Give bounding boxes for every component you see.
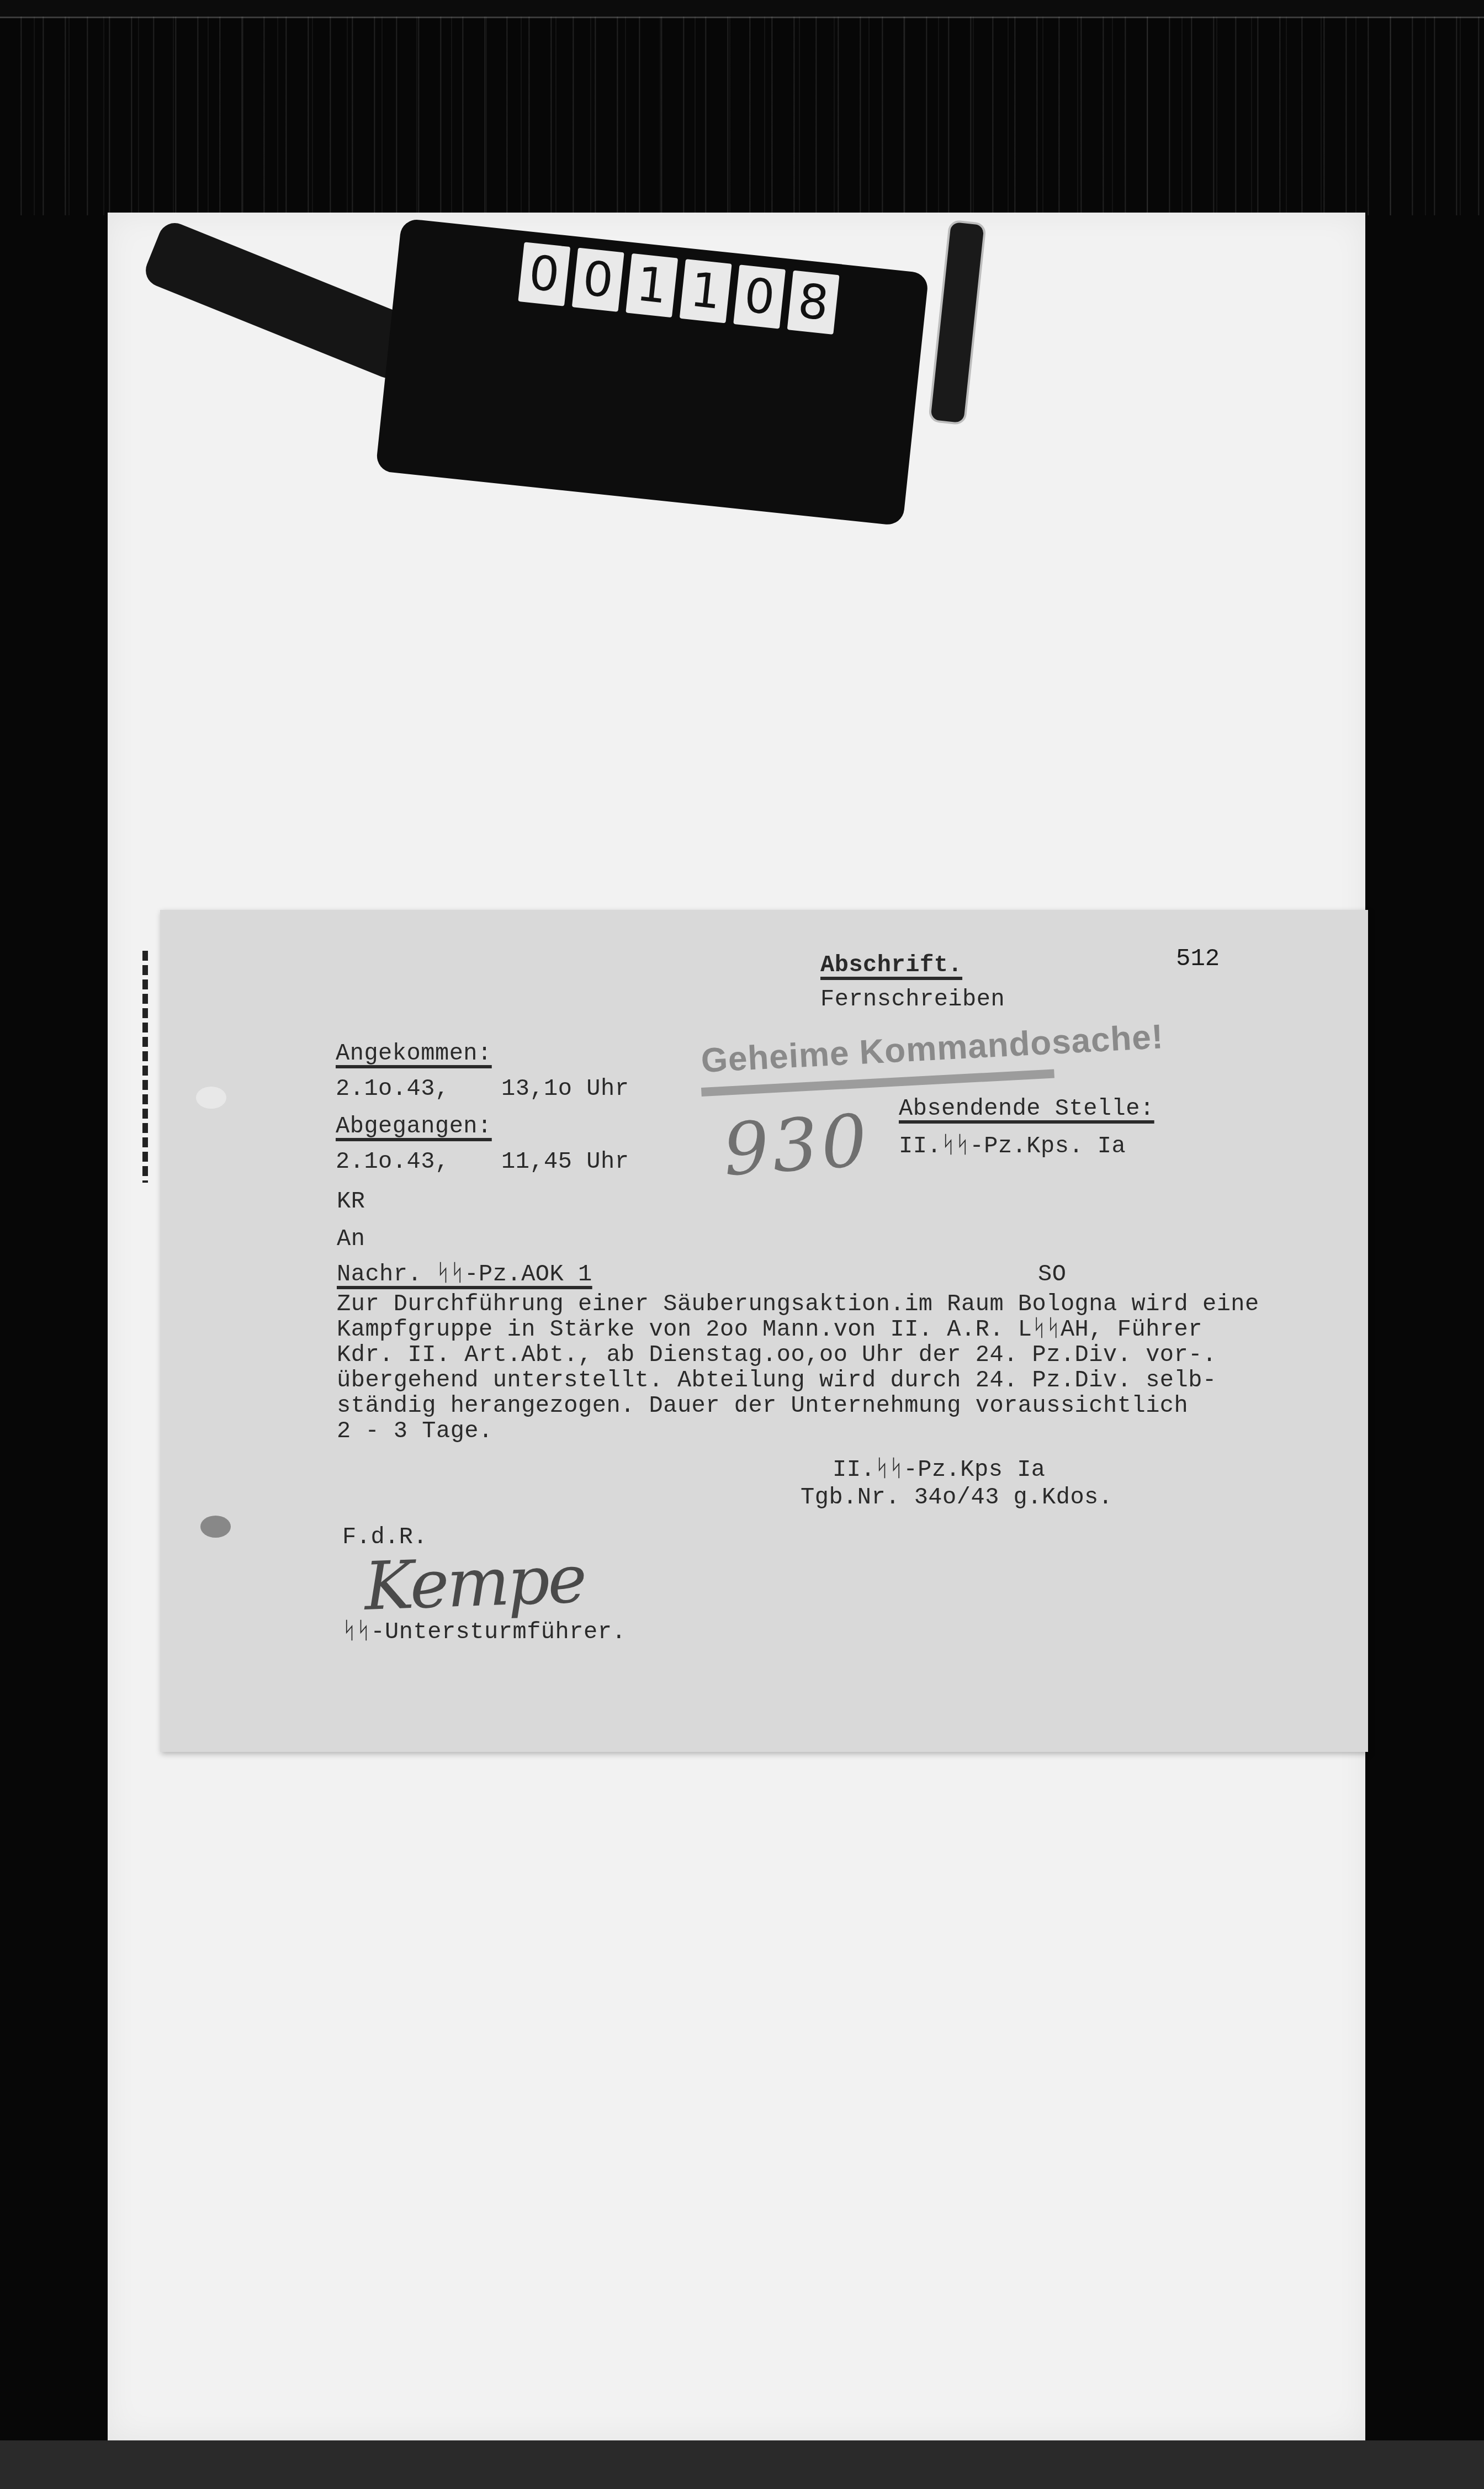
counter-digit: 1 [626, 253, 678, 317]
counter-digit: 0 [733, 264, 786, 329]
sender-value: II.ᛋᛋ-Pz.Kps. Ia [899, 1133, 1126, 1159]
margin-mark [142, 951, 148, 1183]
received-time: 13,1o Uhr [501, 1076, 629, 1102]
punch-hole [196, 1087, 226, 1109]
counter-digit: 1 [680, 259, 732, 323]
kr-code: KR [337, 1188, 365, 1215]
sign-unit: II.ᛋᛋ-Pz.Kps Ia [833, 1457, 1046, 1483]
film-scratches [0, 17, 1484, 215]
sent-date: 2.1o.43, [336, 1148, 449, 1175]
counter-digit: 0 [572, 248, 624, 312]
counter-digit: 0 [518, 242, 570, 306]
page-number: 512 [1176, 945, 1220, 973]
body-line: 2 - 3 Tage. [337, 1418, 493, 1444]
handwritten-number: 930 [720, 1098, 873, 1192]
document-title: Abschrift. [820, 952, 962, 978]
punch-hole [200, 1516, 231, 1538]
sent-time: 11,45 Uhr [501, 1148, 629, 1175]
received-label: Angekommen: [336, 1040, 492, 1067]
signature: Kempe [363, 1541, 586, 1625]
priority-code: SO [1038, 1261, 1066, 1288]
body-line: übergehend unterstellt. Abteilung wird d… [337, 1367, 1217, 1394]
secret-stamp: Geheime Kommandosache! [700, 1017, 1164, 1081]
sent-label: Abgegangen: [336, 1113, 492, 1140]
telegram-form: 512 Abschrift. Fernschreiben Geheime Kom… [160, 910, 1368, 1752]
to-label: An [337, 1226, 365, 1252]
film-strip-edge [0, 0, 1484, 18]
counter-digit: 8 [787, 271, 840, 335]
received-date: 2.1o.43, [336, 1076, 449, 1102]
body-line: Zur Durchführung einer Säuberungsaktion.… [337, 1291, 1259, 1317]
sender-label: Absendende Stelle: [899, 1095, 1154, 1122]
body-line: Kampfgruppe in Stärke von 2oo Mann.von I… [337, 1316, 1202, 1343]
film-strip-edge-bottom [0, 2440, 1484, 2489]
rank-line: ᛋᛋ-Untersturmführer. [342, 1619, 626, 1645]
body-line: Kdr. II. Art.Abt., ab Dienstag.oo,oo Uhr… [337, 1342, 1217, 1368]
document-subtitle: Fernschreiben [820, 986, 1005, 1013]
body-line: ständig herangezogen. Dauer der Unterneh… [337, 1392, 1188, 1419]
sign-reference: Tgb.Nr. 34o/43 g.Kdos. [801, 1484, 1113, 1511]
recipient: Nachr. ᛋᛋ-Pz.AOK 1 [337, 1261, 592, 1288]
